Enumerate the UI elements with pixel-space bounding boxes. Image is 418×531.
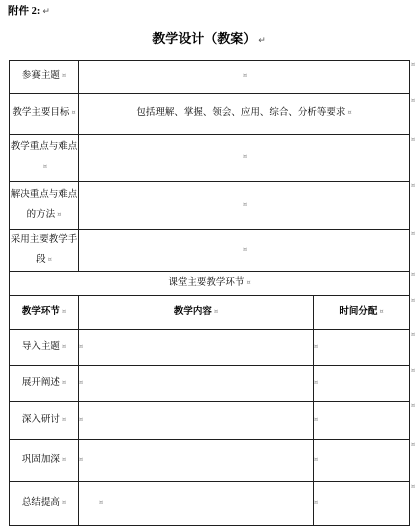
row-end-mark-icon: ¤ [411,271,415,278]
row-label: 教学主要目标 [12,108,69,118]
cell-end-mark-icon: ¤ [62,455,66,463]
row-end-mark-icon: ¤ [411,402,415,409]
cell-end-mark-icon: ¤ [62,342,66,350]
stage-content-cell[interactable]: ¤ [79,440,314,482]
stage-content-cell[interactable]: ¤ [79,482,314,526]
row-end-mark-icon: ¤ [411,61,415,68]
row-content-cell[interactable]: ¤ [79,61,410,94]
header-text: 教学环节 [22,307,60,317]
cell-end-mark-icon: ¤ [243,200,247,208]
page-title-text: 教学设计（教案） [152,31,256,46]
cell-end-mark-icon: ¤ [57,210,61,218]
cell-end-mark-icon: ¤ [62,415,66,423]
paragraph-mark-icon: ↵ [258,36,266,46]
stage-label: 展开阐述 [22,378,60,388]
row-end-mark-icon: ¤ [411,182,415,189]
cell-end-mark-icon: ¤ [71,108,75,116]
cell-end-mark-icon: ¤ [314,378,318,386]
form-row-means: 采用主要教学手段¤ ¤ [10,230,410,272]
stage-content-cell[interactable]: ¤ [79,402,314,440]
stage-label-cell: 展开阐述¤ [10,366,79,402]
schedule-row-discuss: 深入研讨¤ ¤ ¤ [10,402,410,440]
cell-end-mark-icon: ¤ [243,245,247,253]
stage-content-cell[interactable]: ¤ [79,366,314,402]
header-text: 时间分配 [339,307,377,317]
cell-end-mark-icon: ¤ [379,307,383,315]
row-end-mark-icon: ¤ [411,297,415,304]
cell-end-mark-icon: ¤ [314,455,318,463]
schedule-row-intro: 导入主题¤ ¤ ¤ [10,330,410,366]
cell-end-mark-icon: ¤ [79,378,83,386]
form-row-methods: 解决重点与难点的方法¤ ¤ [10,182,410,230]
stage-label: 巩固加深 [22,455,60,465]
section-title-text: 课堂主要教学环节 [168,278,244,288]
row-end-mark-icon: ¤ [411,230,415,237]
row-end-mark-icon: ¤ [411,136,415,143]
cell-end-mark-icon: ¤ [62,378,66,386]
stage-time-cell[interactable]: ¤ [314,440,410,482]
schedule-row-summary: 总结提高¤ ¤ ¤ [10,482,410,526]
cell-end-mark-icon: ¤ [62,307,66,315]
cell-end-mark-icon: ¤ [347,108,351,116]
stage-label-cell: 总结提高¤ [10,482,79,526]
stage-label: 总结提高 [22,498,60,508]
row-content-cell[interactable]: ¤ [79,230,410,272]
page-title: 教学设计（教案）↵ [0,30,418,50]
cell-end-mark-icon: ¤ [314,342,318,350]
row-label-cell: 采用主要教学手段¤ [10,230,79,272]
cell-end-mark-icon: ¤ [314,415,318,423]
row-label: 采用主要教学手段 [11,235,78,265]
row-content-cell[interactable]: 包括理解、掌握、领会、应用、综合、分析等要求¤ [79,94,410,135]
cell-end-mark-icon: ¤ [62,498,66,506]
row-label-cell: 解决重点与难点的方法¤ [10,182,79,230]
section-row: 课堂主要教学环节¤ [10,272,410,296]
row-end-mark-icon: ¤ [411,97,415,104]
cell-end-mark-icon: ¤ [43,162,47,170]
row-content-cell[interactable]: ¤ [79,135,410,182]
cell-end-mark-icon: ¤ [246,278,250,286]
cell-end-mark-icon: ¤ [314,498,318,506]
stage-time-cell[interactable]: ¤ [314,402,410,440]
section-title-cell: 课堂主要教学环节¤ [10,272,410,296]
schedule-row-consolidate: 巩固加深¤ ¤ ¤ [10,440,410,482]
row-content-cell[interactable]: ¤ [79,182,410,230]
form-row-goals: 教学主要目标¤ 包括理解、掌握、领会、应用、综合、分析等要求¤ [10,94,410,135]
schedule-row-elaborate: 展开阐述¤ ¤ ¤ [10,366,410,402]
stage-label: 导入主题 [22,342,60,352]
row-end-mark-icon: ¤ [411,441,415,448]
stage-content-cell[interactable]: ¤ [79,330,314,366]
cell-end-mark-icon: ¤ [214,307,218,315]
cell-end-mark-icon: ¤ [243,71,247,79]
paragraph-mark-icon: ↵ [42,7,50,17]
row-label-cell: 教学重点与难点¤ [10,135,79,182]
row-end-mark-icon: ¤ [411,367,415,374]
row-label: 教学重点与难点 [11,142,78,152]
form-row-topic: 参赛主题¤ ¤ [10,61,410,94]
cell-end-mark-icon: ¤ [62,71,66,79]
stage-time-cell[interactable]: ¤ [314,330,410,366]
row-end-mark-icon: ¤ [411,483,415,490]
header-time-cell: 时间分配¤ [314,296,410,330]
header-text: 教学内容 [174,307,212,317]
stage-label-cell: 巩固加深¤ [10,440,79,482]
stage-label-cell: 导入主题¤ [10,330,79,366]
cell-text: 包括理解、掌握、领会、应用、综合、分析等要求 [136,108,345,118]
row-label: 解决重点与难点的方法 [11,190,78,220]
stage-time-cell[interactable]: ¤ [314,366,410,402]
header-content-cell: 教学内容¤ [79,296,314,330]
cell-end-mark-icon: ¤ [79,455,83,463]
row-label-cell: 教学主要目标¤ [10,94,79,135]
stage-label: 深入研讨 [22,415,60,425]
attachment-label: 附件 2:↵ [0,0,418,19]
stage-time-cell[interactable]: ¤ [314,482,410,526]
stage-label-cell: 深入研讨¤ [10,402,79,440]
row-end-mark-icon: ¤ [411,331,415,338]
header-stage-cell: 教学环节¤ [10,296,79,330]
form-row-keypoints: 教学重点与难点¤ ¤ [10,135,410,182]
lesson-plan-table: 参赛主题¤ ¤ 教学主要目标¤ 包括理解、掌握、领会、应用、综合、分析等要求¤ … [9,60,410,526]
attachment-label-text: 附件 2: [8,6,40,17]
row-label: 参赛主题 [22,71,60,81]
row-label-cell: 参赛主题¤ [10,61,79,94]
cell-end-mark-icon: ¤ [99,498,103,506]
cell-end-mark-icon: ¤ [48,255,52,263]
cell-end-mark-icon: ¤ [243,152,247,160]
cell-end-mark-icon: ¤ [79,342,83,350]
cell-end-mark-icon: ¤ [79,415,83,423]
schedule-header-row: 教学环节¤ 教学内容¤ 时间分配¤ [10,296,410,330]
